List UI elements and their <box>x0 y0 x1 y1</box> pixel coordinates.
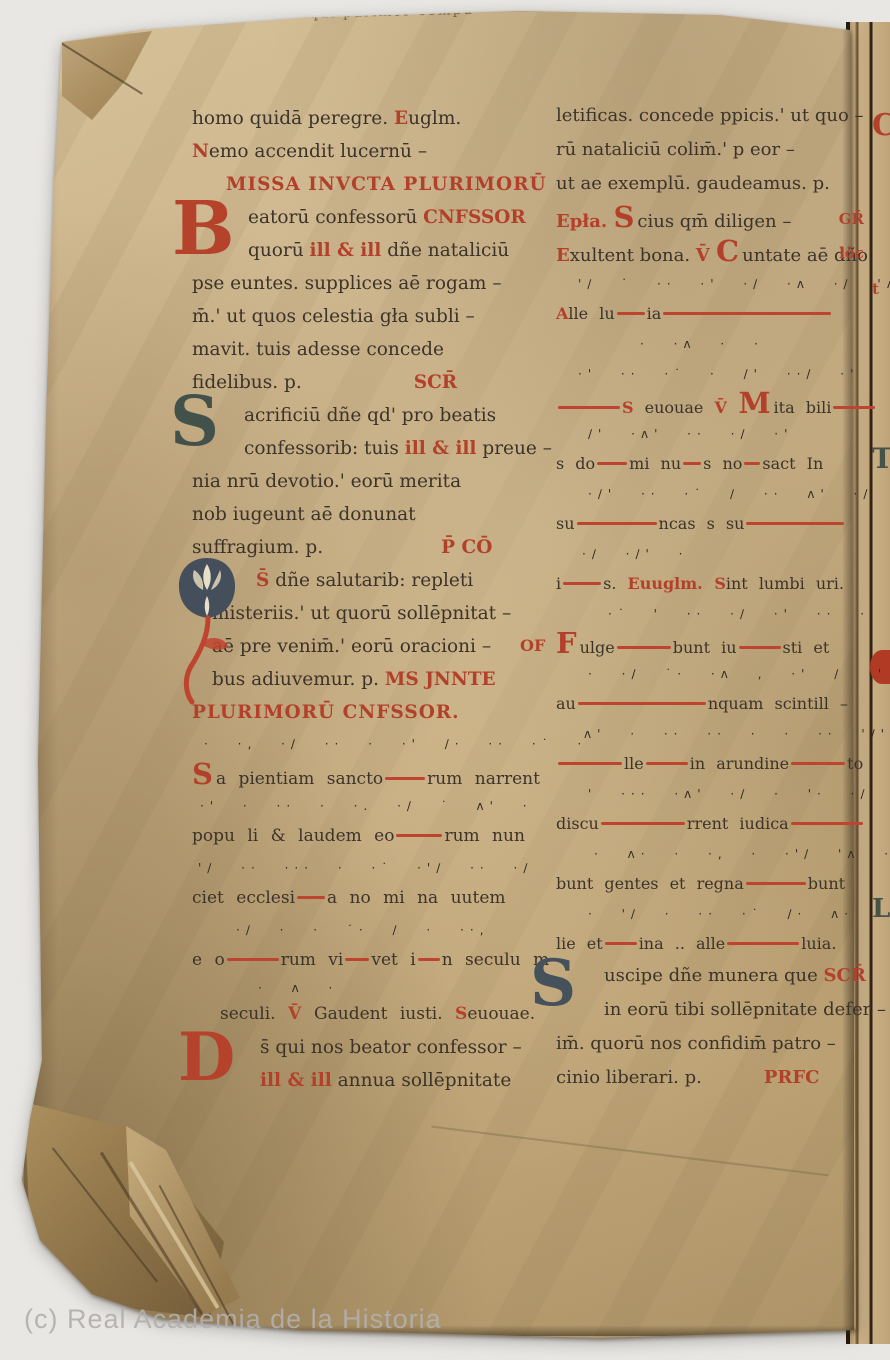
rubric-text: S <box>622 398 634 417</box>
ink-text: i <box>556 574 561 593</box>
ink-text: to <box>847 754 863 773</box>
ink-text: luia. <box>801 934 836 953</box>
ink-text: preue – <box>476 438 552 459</box>
text-line: is. Euuglm. Sint lumbi uri. <box>556 570 858 600</box>
neume-marks: · ʌ· · ·‚ · ·'∕ 'ʌ · <box>594 847 890 861</box>
ink-text: bunt iu <box>673 638 737 657</box>
text-line: bus adiuvemur. p. MS JNNTE <box>212 665 554 698</box>
neume-marks: ·∕ ·∕' · <box>582 547 688 561</box>
neume-row: · ·ʌ · · <box>640 330 858 360</box>
rubric-text: OF <box>520 632 545 659</box>
neume-marks: ·' ·· ·˙ · ∕' ··∕ ·' <box>578 367 859 381</box>
red-extender-line <box>385 777 425 780</box>
ink-text: a pientiam sancto <box>216 769 383 789</box>
ink-text: su <box>556 514 575 533</box>
ink-text: pse euntes. supplices aē rogam – <box>192 273 502 294</box>
ink-text: in arundine <box>690 754 789 773</box>
rubric-text: ill & ill <box>260 1070 332 1091</box>
text-line: e orum vivet in seculu m <box>192 945 554 979</box>
text-line: ciet ecclesia no mi na uutem <box>192 883 554 917</box>
ink-text: au <box>556 694 576 713</box>
text-line: im̄. quorū nos confidim̄ patro – <box>556 1028 858 1062</box>
rubric-text: S <box>192 757 213 791</box>
ink-text: acrificiū dñe qd' pro beatis <box>244 405 496 426</box>
ink-text: quorū <box>248 240 310 261</box>
text-line: popu li & laudem eorum nun <box>192 821 554 855</box>
page-crease <box>431 1126 828 1177</box>
rubric-text: MISSA INVCTA PLURIMORŪ <box>226 174 547 195</box>
rubric-text: Epła. <box>556 211 613 232</box>
rubric-text: A <box>556 304 568 323</box>
text-line: in eorū tibi sollēpnitate defer – <box>604 994 858 1028</box>
ink-text: ia <box>647 304 662 323</box>
rubric-text: V̄ <box>288 1004 314 1024</box>
ink-text: annua sollēpnitate <box>332 1070 512 1091</box>
ink-text: popu li & laudem eo <box>192 826 394 846</box>
foliate-initial-ornament <box>174 556 244 706</box>
red-extender-line <box>597 462 627 465</box>
ink-text: rum narrent <box>427 769 540 789</box>
ink-text: ut ae exemplū. gaudeamus. p. <box>556 173 830 194</box>
manuscript-photo: C t T L miqui parimor compu <box>0 0 890 1360</box>
ink-text: im̄. quorū nos confidim̄ patro – <box>556 1033 836 1054</box>
neume-row: · ·∕ ˙· ·ʌ ‚ ·' ∕ ·' <box>588 660 858 690</box>
ink-text: mavit. tuis adesse concede <box>192 339 444 360</box>
red-extender-line <box>646 762 688 765</box>
ink-text: s̄ qui nos beator confessor – <box>260 1037 522 1058</box>
ink-text: rū nataliciū colim̄.' p eor – <box>556 139 795 160</box>
ink-text: confessorib: tuis <box>244 438 405 459</box>
ink-text: rum vi <box>281 950 344 970</box>
red-extender-line <box>563 582 601 585</box>
text-line: pse euntes. supplices aē rogam – <box>192 269 554 302</box>
rubric-text: S̄ <box>256 570 269 591</box>
rubric-text: V̄ <box>696 245 716 266</box>
ink-text: aē pre venim̄.' eorū oracioni – <box>212 636 491 657</box>
neume-row: ·' ·· ·˙ · ∕' ··∕ ·' <box>578 360 858 390</box>
ink-text: e o <box>192 950 225 970</box>
ink-text: dñe nataliciū <box>381 240 509 261</box>
text-line: ut ae exemplū. gaudeamus. p. <box>556 168 858 202</box>
rubric-text: V̄ <box>714 398 738 417</box>
red-extender-line <box>727 942 799 945</box>
neume-row: ·' · ·· · ·. ·∕ ˙ ʌ' · <box>200 793 554 821</box>
rubric-text: P̄ CŌ <box>441 537 492 558</box>
red-extender-line <box>558 406 620 409</box>
rubric-text: MS JNNTE <box>385 669 496 690</box>
neume-marks: ·˙ ' ·· ·∕ ·' ·· · · <box>608 607 890 621</box>
initial-b-beati: B <box>172 192 235 266</box>
rubric-text: SCR̄ <box>414 372 457 393</box>
neume-marks: ʌ' · ·· ·· · · ·· '∕' · <box>584 727 890 741</box>
ink-text: Gaudent iusti. <box>314 1004 455 1024</box>
ink-text: mi nu <box>629 454 681 473</box>
text-line: uscipe dñe munera que SCR̄ <box>604 960 858 994</box>
ink-text: ulge <box>580 638 615 657</box>
neume-marks: · ·ʌ · · <box>640 337 764 351</box>
text-line: Alle luia <box>556 300 858 330</box>
text-line: fidelibus. p.SCR̄ <box>192 368 554 401</box>
text-line: bunt gentes et regnabunt <box>556 870 858 900</box>
text-line: MISSA INVCTA PLURIMORŪ <box>226 170 554 203</box>
ink-text: s no <box>703 454 742 473</box>
red-extender-line <box>227 958 279 961</box>
ink-text: dñe salutarib: repleti <box>269 570 473 591</box>
text-line: Epła. Scius qm̄ diligen –GR̄ <box>556 202 858 236</box>
text-line: misteriis.' ut quorū sollēpnitat – <box>212 599 554 632</box>
ink-text: letificas. concede ppicis.' ut quo – <box>556 105 864 126</box>
red-extender-line <box>791 762 845 765</box>
ink-text: xultent bona. <box>570 245 696 266</box>
text-line: homo quidā peregre. Euglm. <box>192 104 554 137</box>
red-extender-line <box>577 522 657 525</box>
neume-row: '∕ ˙ ·· ·' ·∕ ·ʌ ·∕ 'ʌ <box>578 270 858 300</box>
neume-row: ·∕' ·· ·˙ ∕ ·· ʌ' ·∕ · <box>588 480 858 510</box>
neume-row: ∕' ·ʌ' ·· ·∕ ·' <box>588 420 858 450</box>
ink-text: emo accendit lucernū – <box>209 141 427 162</box>
ink-text: homo quidā peregre. <box>192 108 394 129</box>
rubric-text: E <box>394 108 408 129</box>
ink-text: discu <box>556 814 599 833</box>
text-line: aē pre venim̄.' eorū oracioni – <box>212 632 554 665</box>
text-line: eatorū confessorū CNFSSOR <box>248 203 554 236</box>
neume-row: ·˙ ' ·· ·∕ ·' ·· · · <box>608 600 858 630</box>
ink-text: s do <box>556 454 595 473</box>
ink-text: cinio liberari. p. <box>556 1067 702 1088</box>
right-text-column: S letificas. concede ppicis.' ut quo –rū… <box>556 100 858 1096</box>
red-extender-line <box>833 406 875 409</box>
ink-text: misteriis.' ut quorū sollēpnitat – <box>212 603 511 624</box>
red-extender-line <box>345 958 369 961</box>
red-extender-line <box>605 942 637 945</box>
neume-marks: '∕ ·· ··· · ·˙ ·'∕ ·· ·∕ <box>198 861 533 875</box>
neume-marks: '∕ ˙ ·· ·' ·∕ ·ʌ ·∕ 'ʌ <box>578 277 890 291</box>
ink-text: rum nun <box>444 826 524 846</box>
rubric-text: N <box>192 141 209 162</box>
ink-text: ciet ecclesi <box>192 888 295 908</box>
text-line: S̄ dñe salutarib: repleti <box>256 566 554 599</box>
text-line: suncas s su <box>556 510 858 540</box>
red-extender-line <box>578 702 706 705</box>
text-line: m̄.' ut quos celestia gła subli – <box>192 302 554 335</box>
text-line: s domi nus nosact In <box>556 450 858 480</box>
text-line: aunquam scintill – <box>556 690 858 720</box>
rubric-text: C <box>716 234 739 268</box>
ink-text: cius qm̄ diligen – <box>637 211 791 232</box>
ink-text: bunt <box>808 874 845 893</box>
rubric-text: S <box>455 1004 467 1024</box>
red-extender-line <box>791 822 863 825</box>
neume-row: · '∕ · ·· ·˙ ∕· ʌ· <box>588 900 858 930</box>
left-text-column: B S D homo quidā peregre. Euglm.Nemo acc… <box>192 104 554 1099</box>
neume-row: · ʌ· · ·‚ · ·'∕ 'ʌ · <box>594 840 858 870</box>
red-extender-line <box>601 822 685 825</box>
neume-marks: ' ··· ·ʌ' ·∕ · '· ·∕ '‚ <box>588 787 890 801</box>
red-extender-line <box>739 646 781 649</box>
text-line: discurrent iudica <box>556 810 858 840</box>
rubric-text: E <box>556 245 570 266</box>
ink-text: lle lu <box>568 304 614 323</box>
red-extender-line <box>418 958 440 961</box>
text-line: seculi. V̄ Gaudent iusti. Seuouae. <box>220 999 554 1033</box>
text-line: S euouae V̄ Mita bili <box>556 390 858 420</box>
neume-marks: · ·∕ ˙· ·ʌ ‚ ·' ∕ ·' <box>588 667 887 681</box>
ink-text: nia nrū devotio.' eorū merita <box>192 471 461 492</box>
text-line: ill & ill annua sollēpnitate <box>260 1066 554 1099</box>
initial-s-suscipe: S <box>530 952 576 1016</box>
red-extender-line <box>746 522 844 525</box>
neume-marks: ∕' ·ʌ' ·· ·∕ ·' <box>588 427 793 441</box>
ink-text: eatorū confessorū <box>248 207 423 228</box>
ink-text: vet i <box>371 950 415 970</box>
neume-row: ·∕ ·∕' · <box>582 540 858 570</box>
text-line: Exultent bona. V̄ Cuntate aē dñolōc <box>556 236 858 270</box>
neume-marks: · ·‚ ·∕ ·· · ·' ∕· ·· ·˙ · <box>204 737 587 751</box>
ink-text: suffragium. p. <box>192 537 323 558</box>
ink-text: bunt gentes et regna <box>556 874 744 893</box>
text-line: nob iugeunt aē donunat <box>192 500 554 533</box>
neume-row: · ·‚ ·∕ ·· · ·' ∕· ·· ·˙ · <box>204 731 554 759</box>
ink-text: euouae <box>634 398 715 417</box>
red-extender-line <box>297 896 325 899</box>
rubric-text: CNFSSOR <box>423 207 526 228</box>
ink-text: euouae. <box>467 1004 535 1024</box>
red-extender-line <box>744 462 760 465</box>
ink-text: rrent iudica <box>687 814 789 833</box>
neume-row: · ʌ · <box>258 979 554 999</box>
rubric-text: lōc <box>839 238 864 269</box>
copyright-watermark: (c) Real Academia de la Historia <box>24 1304 442 1335</box>
ink-text: nquam scintill – <box>708 694 848 713</box>
neume-row: ' ··· ·ʌ' ·∕ · '· ·∕ '‚ <box>588 780 858 810</box>
ink-text: lle <box>624 754 644 773</box>
red-extender-line <box>396 834 442 837</box>
red-extender-line <box>617 646 671 649</box>
text-line: quorū ill & ill dñe nataliciū <box>248 236 554 269</box>
neume-marks: ·∕ · · ˙· ∕ · ··‚ <box>236 923 490 937</box>
text-line: Sa pientiam sanctorum narrent <box>192 759 554 793</box>
rubric-text: PRFC <box>764 1067 820 1088</box>
text-line: rū nataliciū colim̄.' p eor – <box>556 134 858 168</box>
ink-text: in eorū tibi sollēpnitate defer – <box>604 999 886 1020</box>
initial-s-sacrificium: S <box>170 388 219 456</box>
text-line: PLURIMORŪ CNFSSOR. <box>192 698 554 731</box>
ink-text: ina .. alle <box>639 934 726 953</box>
text-line: acrificiū dñe qd' pro beatis <box>244 401 554 434</box>
initial-d-deus: D <box>178 1024 235 1090</box>
text-line: OFFulgebunt iusti et <box>556 630 858 660</box>
neume-row: '∕ ·· ··· · ·˙ ·'∕ ·· ·∕ <box>198 855 554 883</box>
rubric-text: ill & ill <box>405 438 477 459</box>
top-left-corner-curl <box>0 0 200 160</box>
text-line: nia nrū devotio.' eorū merita <box>192 467 554 500</box>
ink-text: int lumbi uri. <box>726 574 844 593</box>
text-line: suffragium. p.P̄ CŌ <box>192 533 554 566</box>
text-line: s̄ qui nos beator confessor – <box>260 1033 554 1066</box>
neume-row: ·∕ · · ˙· ∕ · ··‚ <box>236 917 554 945</box>
neume-marks: · ʌ · <box>258 981 338 995</box>
ink-text: ita bili <box>774 398 832 417</box>
ink-text: uscipe dñe munera que <box>604 965 824 986</box>
text-line: llein arundineto <box>556 750 858 780</box>
neume-row: ʌ' · ·· ·· · · ·· '∕' · <box>584 720 858 750</box>
rubric-text: Euuglm. <box>628 574 715 593</box>
neume-marks: ·∕' ·· ·˙ ∕ ·· ʌ' ·∕ · <box>588 487 890 501</box>
text-line: confessorib: tuis ill & ill preue – <box>244 434 554 467</box>
text-line: letificas. concede ppicis.' ut quo – <box>556 100 858 134</box>
red-extender-line <box>558 762 622 765</box>
neume-marks: ·' · ·· · ·. ·∕ ˙ ʌ' · <box>200 799 533 813</box>
text-line: lie etina .. alleluia. <box>556 930 858 960</box>
red-extender-line <box>683 462 701 465</box>
text-line: cinio liberari. p.PRFC <box>556 1062 858 1096</box>
rubric-text: S <box>714 574 726 593</box>
ink-text: m̄.' ut quos celestia gła subli – <box>192 306 475 327</box>
red-extender-line <box>746 882 806 885</box>
ink-text: s. <box>603 574 627 593</box>
red-extender-line <box>617 312 645 315</box>
ink-text: a no mi na uutem <box>327 888 506 908</box>
rubric-text: GR̄ <box>839 204 864 235</box>
neume-marks: · '∕ · ·· ·˙ ∕· ʌ· <box>588 907 854 921</box>
rubric-text: F <box>556 626 577 660</box>
rubric-text: SCR̄ <box>824 965 866 986</box>
rubric-text: ill & ill <box>310 240 382 261</box>
text-line: mavit. tuis adesse concede <box>192 335 554 368</box>
text-line: Nemo accendit lucernū – <box>192 137 554 170</box>
ink-text: nob iugeunt aē donunat <box>192 504 416 525</box>
ink-text: ncas s su <box>659 514 745 533</box>
ink-text: sact In <box>762 454 823 473</box>
ink-text: sti et <box>783 638 830 657</box>
ink-text: uglm. <box>408 108 461 129</box>
rubric-text: M <box>738 386 770 420</box>
red-extender-line <box>663 312 831 315</box>
rubric-text: S <box>613 200 634 234</box>
